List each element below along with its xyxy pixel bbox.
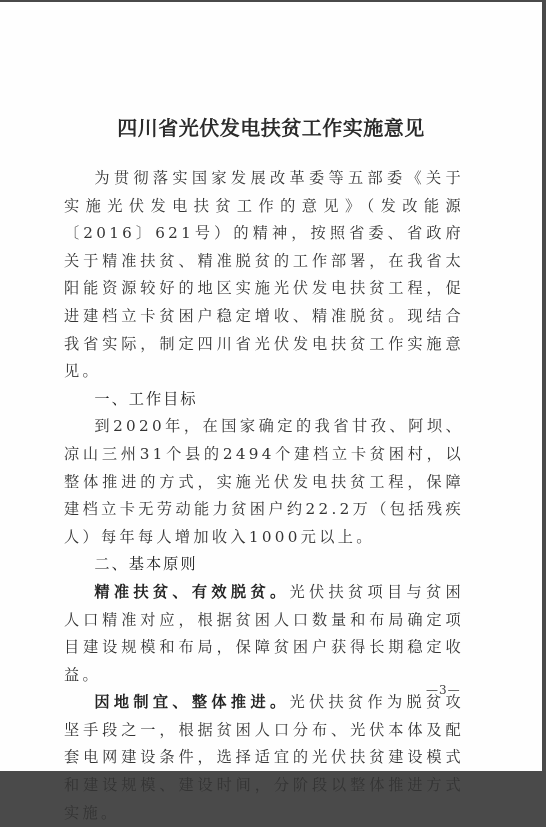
document-page: 四川省光伏发电扶贫工作实施意见 为贯彻落实国家发展改革委等五部委《关于实施光伏发…: [0, 2, 542, 771]
intro-paragraph: 为贯彻落实国家发展改革委等五部委《关于实施光伏发电扶贫工作的意见》（发改能源〔2…: [64, 165, 464, 386]
goals-paragraph: 到2020年，在国家确定的我省甘孜、阿坝、凉山三州31个县的2494个建档立卡贫…: [64, 413, 464, 551]
page-number: —3—: [426, 683, 461, 697]
section-heading-principles: 二、基本原则: [64, 551, 464, 579]
paragraph-lead: 精准扶贫、有效脱贫。: [94, 583, 289, 601]
paragraph-lead: 因地制宜、整体推进。: [94, 693, 289, 711]
document-body: 为贯彻落实国家发展改革委等五部委《关于实施光伏发电扶贫工作的意见》（发改能源〔2…: [64, 165, 464, 774]
document-title: 四川省光伏发电扶贫工作实施意见: [0, 112, 542, 141]
principle-paragraph-local: 因地制宜、整体推进。光伏扶贫作为脱贫攻坚手段之一，根据贫困人口分布、光伏本体及配…: [64, 689, 464, 774]
principle-paragraph-precision: 精准扶贫、有效脱贫。光伏扶贫项目与贫困人口精准对应，根据贫困人口数量和布局确定项…: [64, 579, 464, 689]
paragraph-text: 到2020年，在国家确定的我省甘孜、阿坝、凉山三州31个县的2494个建档立卡贫…: [64, 417, 464, 545]
section-heading-goals: 一、工作目标: [64, 386, 464, 414]
